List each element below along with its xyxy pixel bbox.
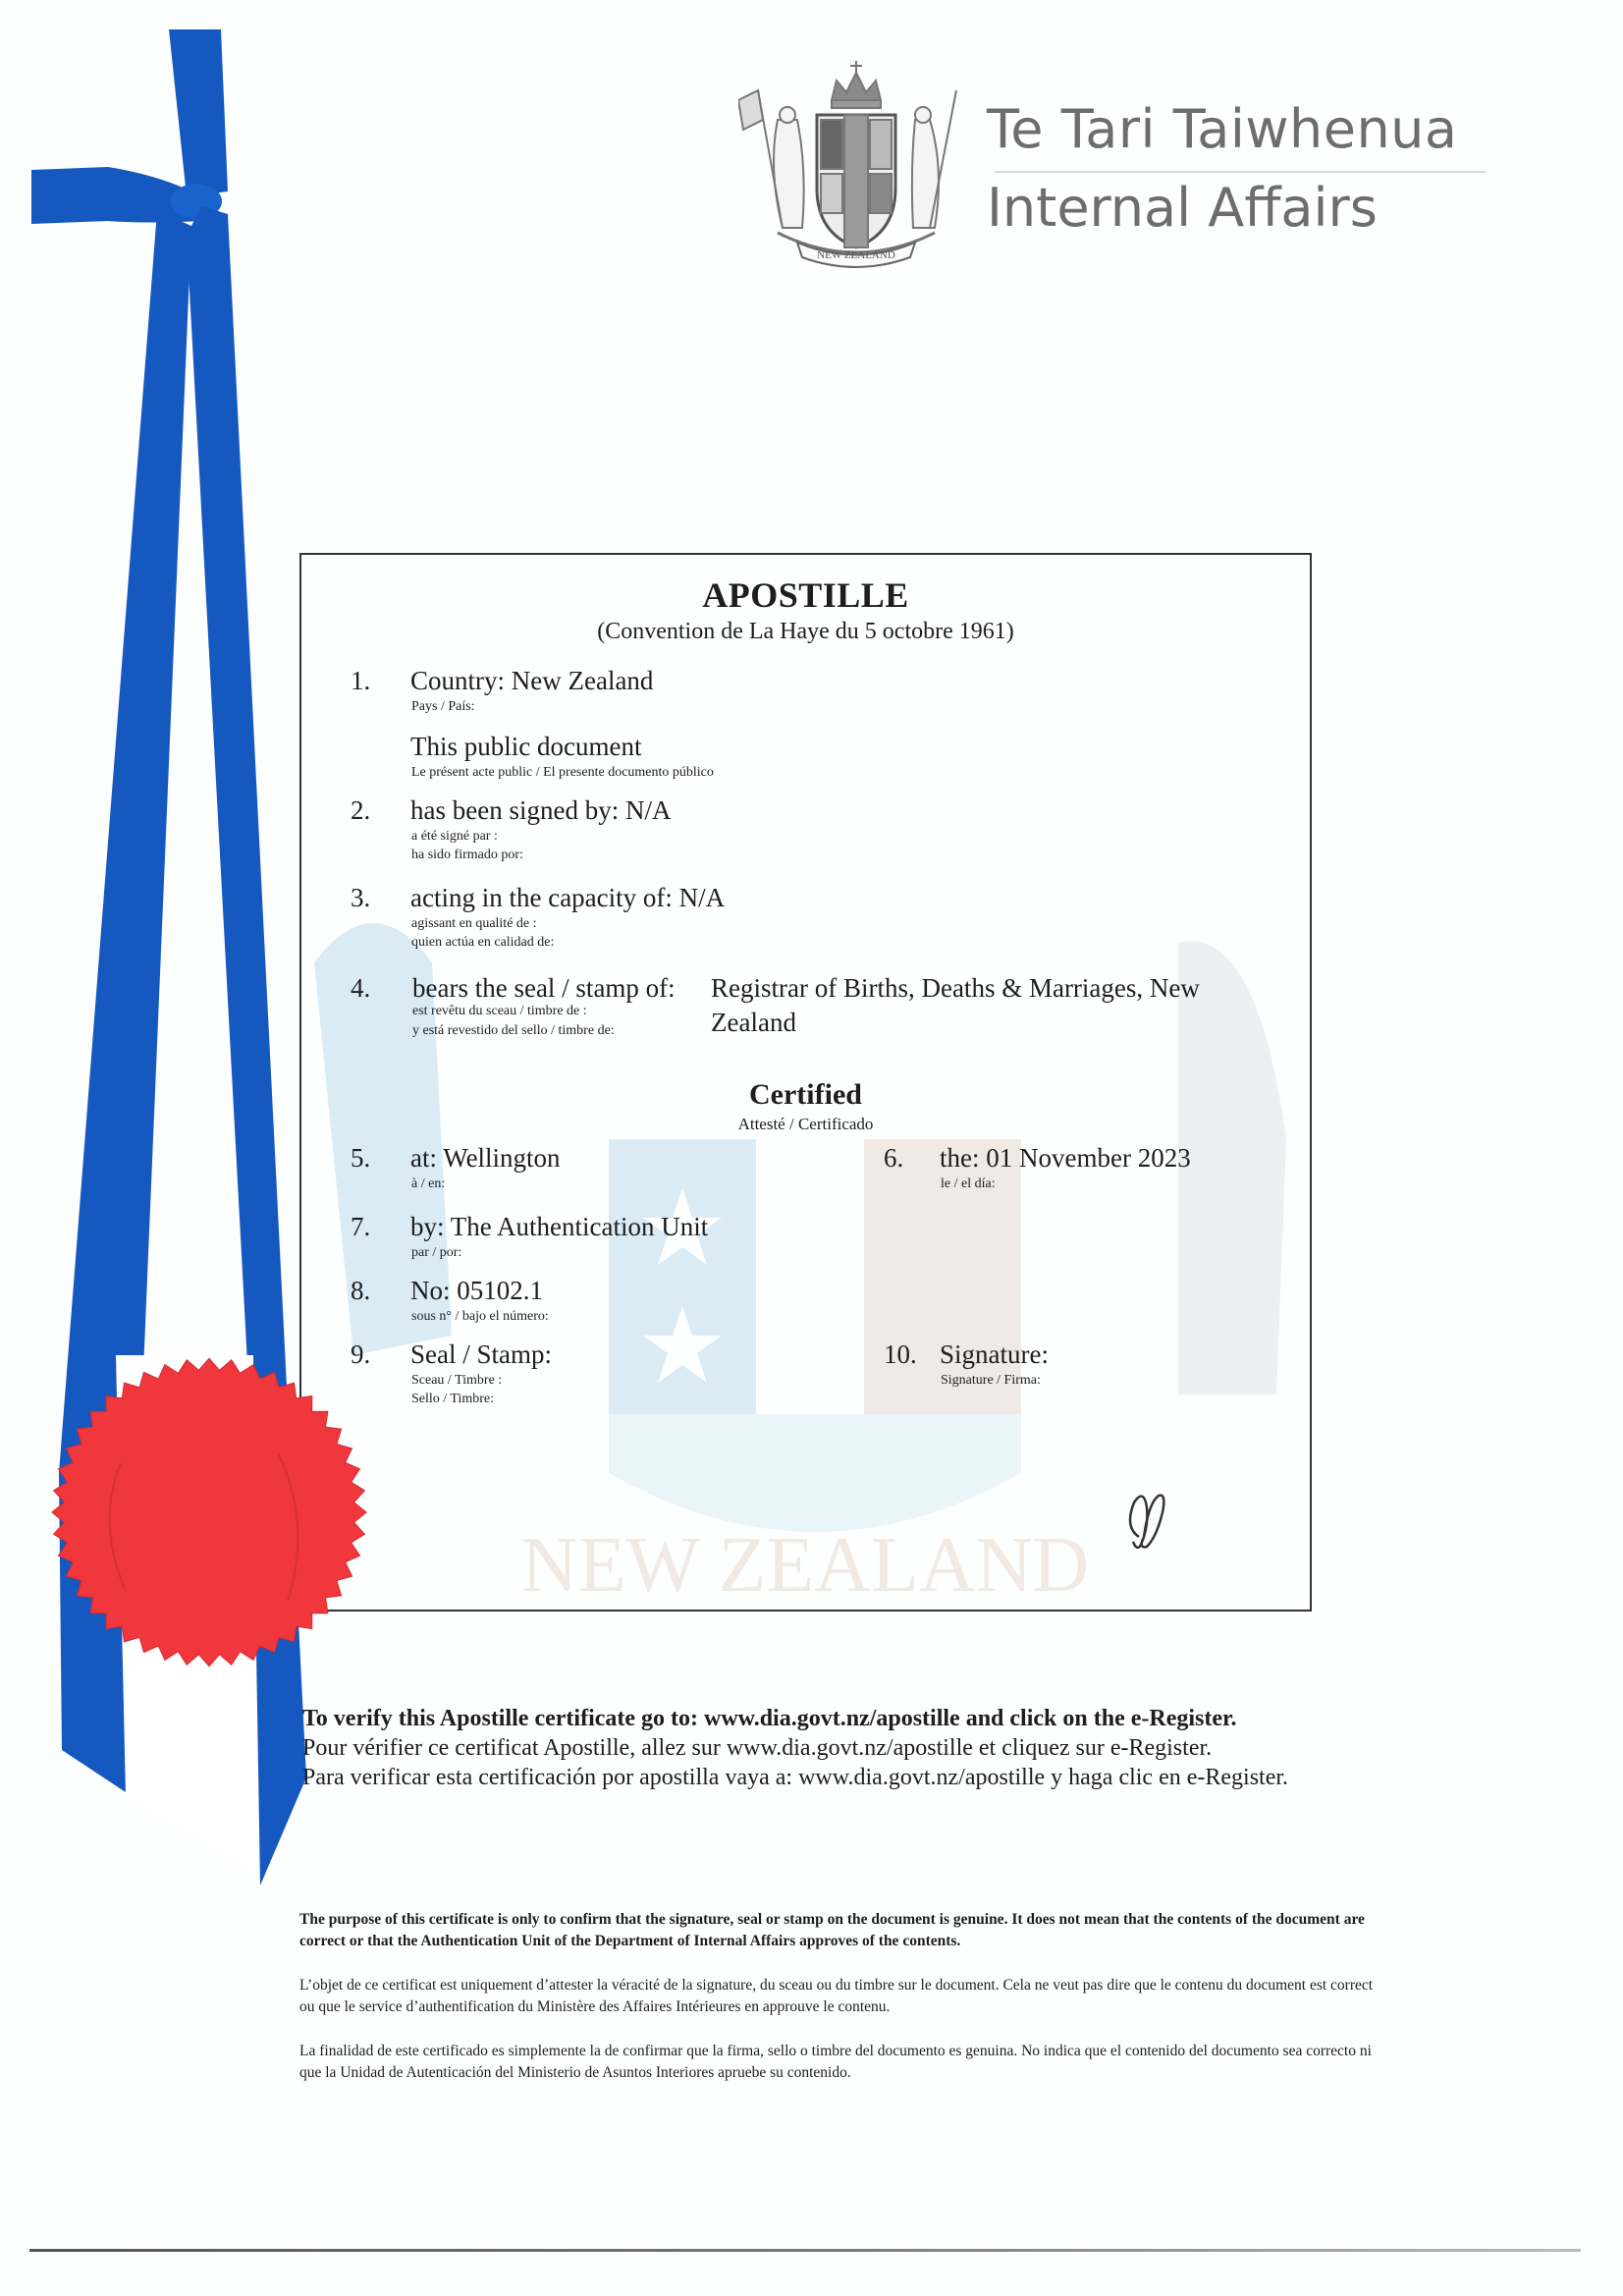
item-seal-of-label: bears the seal / stamp of: xyxy=(412,973,676,1004)
certified-heading: Certified xyxy=(299,1078,1312,1112)
item-number: No: 05102.1 xyxy=(410,1276,543,1306)
item-signed-by: has been signed by: N/A xyxy=(410,795,671,826)
item-number-translation: sous n° / bajo el número: xyxy=(411,1308,549,1326)
item-signature-translation: Signature / Firma: xyxy=(941,1372,1041,1390)
item-capacity-fr: agissant en qualité de : xyxy=(411,915,537,933)
handwritten-signature-icon xyxy=(1119,1488,1178,1557)
org-name-english: Internal Affairs xyxy=(987,177,1486,240)
red-wax-seal-icon xyxy=(27,1345,391,1669)
item-seal-stamp-es: Sello / Timbre: xyxy=(411,1391,494,1408)
disclaimer-french: L’objet de ce certificat est uniquement … xyxy=(299,1975,1380,2018)
disclaimer-english: The purpose of this certificate is only … xyxy=(299,1909,1380,1952)
disclaimer-spanish: La finalidad de este certificado es simp… xyxy=(299,2041,1380,2084)
item-place-translation: à / en: xyxy=(411,1175,445,1193)
org-brand: Te Tari Taiwhenua Internal Affairs xyxy=(987,98,1486,240)
certified-translation: Attesté / Certificado xyxy=(299,1115,1312,1134)
item-seal-stamp: Seal / Stamp: xyxy=(410,1339,552,1370)
public-document-translation: Le présent acte public / El presente doc… xyxy=(411,764,714,782)
verify-french: Pour vérifier ce certificat Apostille, a… xyxy=(302,1733,1288,1763)
item-country: Country: New Zealand xyxy=(410,666,653,696)
apostille-title: APOSTILLE xyxy=(299,574,1312,616)
item-by-translation: par / por: xyxy=(411,1244,461,1262)
item-10-number: 10. xyxy=(884,1339,917,1370)
item-date-translation: le / el día: xyxy=(941,1175,996,1193)
item-place: at: Wellington xyxy=(410,1143,561,1174)
item-seal-of-fr: est revêtu du sceau / timbre de : xyxy=(412,1003,587,1020)
item-seal-of-value-cont: Zealand xyxy=(711,1008,796,1038)
public-document-label: This public document xyxy=(410,732,641,762)
svg-text:NEW ZEALAND: NEW ZEALAND xyxy=(817,249,895,261)
page-bottom-rule xyxy=(29,2249,1581,2252)
verify-instructions: To verify this Apostille certificate go … xyxy=(302,1704,1288,1792)
item-country-translation: Pays / País: xyxy=(411,698,475,716)
item-by: by: The Authentication Unit xyxy=(410,1212,708,1242)
verify-spanish: Para verificar esta certificación por ap… xyxy=(302,1763,1288,1792)
brand-divider xyxy=(995,171,1486,173)
item-capacity: acting in the capacity of: N/A xyxy=(410,883,725,913)
org-name-maori: Te Tari Taiwhenua xyxy=(987,98,1486,161)
verify-english: To verify this Apostille certificate go … xyxy=(302,1704,1288,1733)
item-signature: Signature: xyxy=(940,1339,1049,1370)
item-capacity-es: quien actúa en calidad de: xyxy=(411,934,554,952)
item-seal-of-value: Registrar of Births, Deaths & Marriages,… xyxy=(711,973,1200,1004)
item-6-number: 6. xyxy=(884,1143,903,1174)
item-seal-of-es: y está revestido del sello / timbre de: xyxy=(412,1022,615,1040)
item-signed-by-fr: a été signé par : xyxy=(411,828,498,846)
apostille-convention: (Convention de La Haye du 5 octobre 1961… xyxy=(299,619,1312,645)
item-date: the: 01 November 2023 xyxy=(940,1143,1191,1174)
item-signed-by-es: ha sido firmado por: xyxy=(411,847,523,864)
nz-coat-of-arms-icon: NEW ZEALAND xyxy=(738,61,974,277)
item-seal-stamp-fr: Sceau / Timbre : xyxy=(411,1372,502,1390)
